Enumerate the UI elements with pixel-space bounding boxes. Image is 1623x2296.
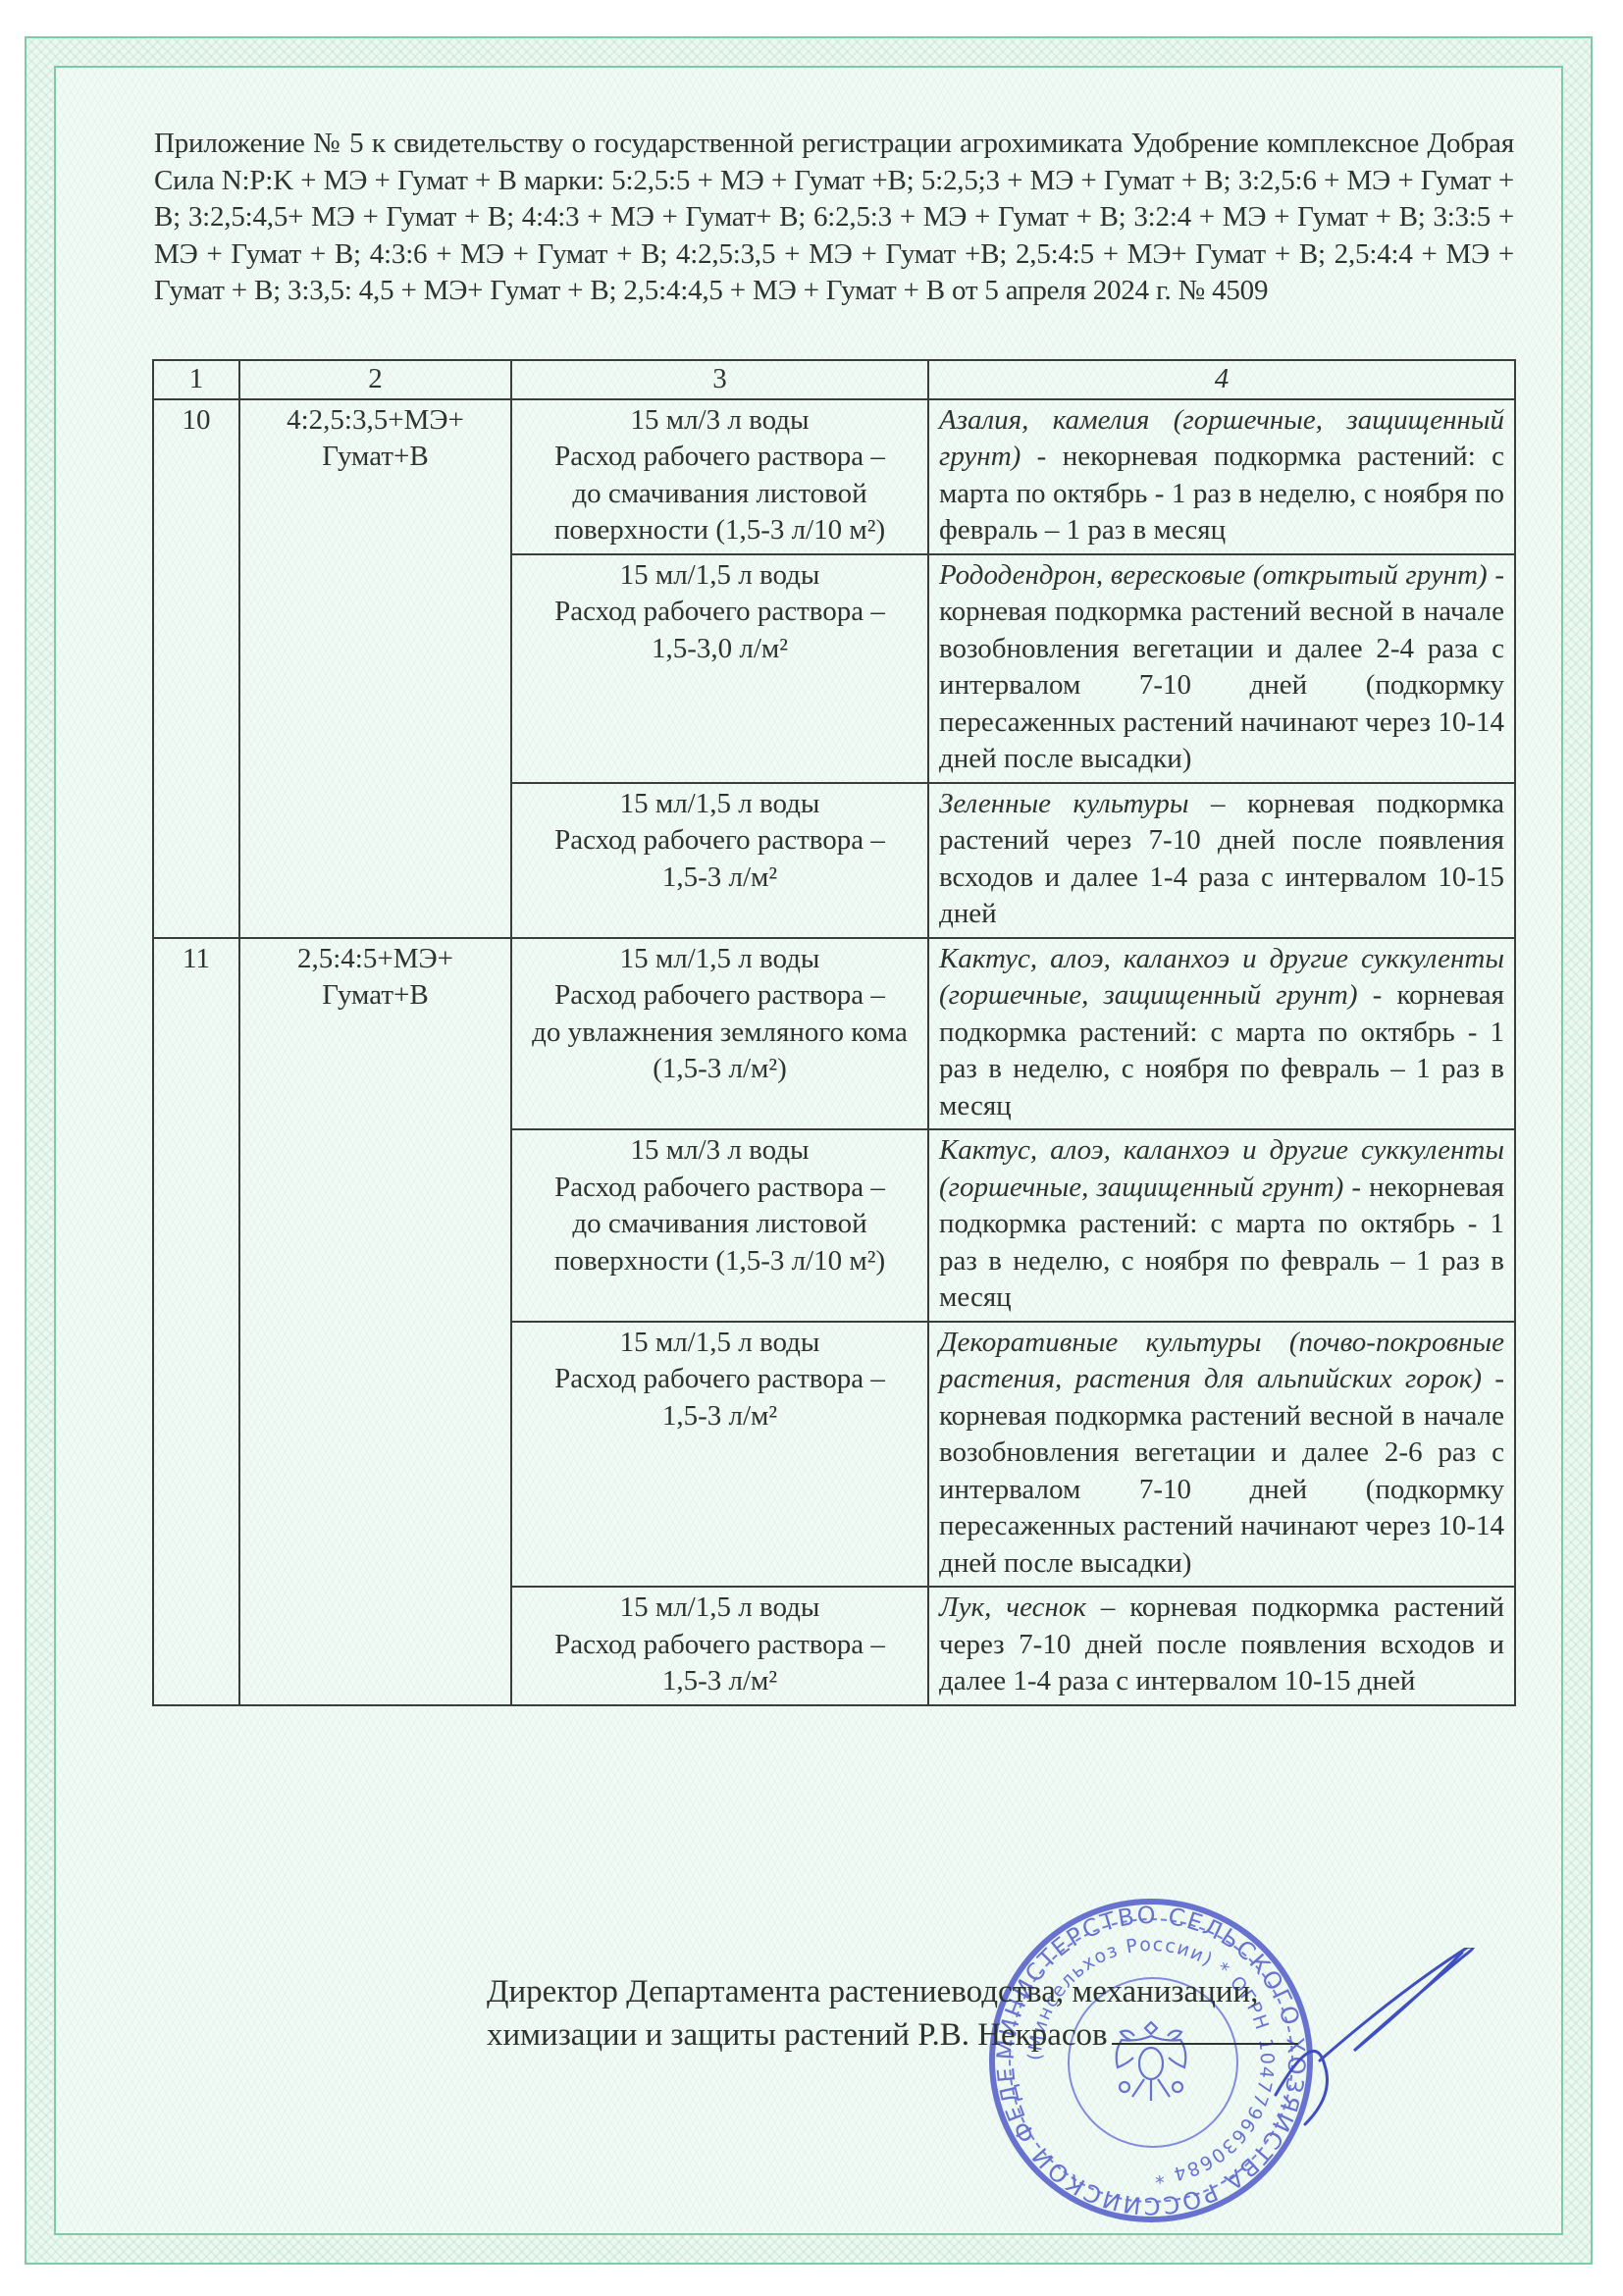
dosage: 15 мл/1,5 л воды (522, 941, 917, 978)
application-method: - корневая подкормка растений весной в н… (939, 559, 1504, 775)
solution-rate-label: Расход рабочего раствора – (522, 1627, 917, 1664)
dosage-cell: 15 мл/3 л водыРасход рабочего раствора –… (511, 399, 928, 554)
column-header-2: 2 (239, 360, 511, 399)
solution-rate: до смачивания листовой поверхности (1,5-… (522, 1206, 917, 1279)
solution-rate: 1,5-3 л/м² (522, 860, 917, 897)
signatory-name: химизации и защиты растений Р.В. Некрасо… (487, 2017, 1108, 2053)
solution-rate: до смачивания листовой поверхности (1,5-… (522, 476, 917, 549)
application-cell: Кактус, алоэ, каланхоэ и другие суккулен… (928, 1129, 1515, 1322)
dosage-cell: 15 мл/3 л водыРасход рабочего раствора –… (511, 1129, 928, 1322)
fertilizer-mark: 4:2,5:3,5+МЭ+ Гумат+В (239, 399, 511, 938)
solution-rate: 1,5-3 л/м² (522, 1398, 917, 1435)
application-cell: Рододендрон, вересковые (открытый грунт)… (928, 554, 1515, 783)
table-body: 104:2,5:3,5+МЭ+ Гумат+В15 мл/3 л водыРас… (153, 399, 1515, 1705)
application-method: - корневая подкормка растений весной в н… (939, 1363, 1504, 1579)
official-stamp: МИНИСТЕРСТВО СЕЛЬСКОГО ХОЗЯЙСТВА РОССИЙС… (989, 1899, 1313, 2222)
dosage: 15 мл/1,5 л воды (522, 1325, 917, 1362)
column-header-3: 3 (511, 360, 928, 399)
column-header-4: 4 (928, 360, 1515, 399)
crop-name: Лук, чеснок (939, 1592, 1086, 1623)
column-header-1: 1 (153, 360, 239, 399)
application-cell: Декоративные культуры (почво-покровные р… (928, 1322, 1515, 1588)
application-cell: Азалия, камелия (горшечные, защищенный г… (928, 399, 1515, 554)
crop-name: Зеленные культуры (939, 788, 1189, 819)
document-heading: Приложение № 5 к свидетельству о государ… (154, 126, 1514, 310)
application-cell: Зеленные культуры – корневая подкормка р… (928, 783, 1515, 938)
crop-name: Рододендрон, вересковые (открытый грунт) (939, 559, 1488, 591)
dosage: 15 мл/1,5 л воды (522, 1590, 917, 1627)
dosage: 15 мл/3 л воды (522, 1132, 917, 1170)
solution-rate-label: Расход рабочего раствора – (522, 1361, 917, 1398)
dosage-cell: 15 мл/1,5 л водыРасход рабочего раствора… (511, 1587, 928, 1705)
solution-rate: 1,5-3 л/м² (522, 1663, 917, 1700)
solution-rate-label: Расход рабочего раствора – (522, 822, 917, 860)
table-row: 104:2,5:3,5+МЭ+ Гумат+В15 мл/3 л водыРас… (153, 399, 1515, 554)
dosage-cell: 15 мл/1,5 л водыРасход рабочего раствора… (511, 938, 928, 1130)
row-number: 10 (153, 399, 239, 938)
solution-rate-label: Расход рабочего раствора – (522, 1170, 917, 1207)
solution-rate-label: Расход рабочего раствора – (522, 439, 917, 476)
solution-rate-label: Расход рабочего раствора – (522, 977, 917, 1015)
solution-rate: до увлажнения земляного кома (1,5-3 л/м²… (522, 1015, 917, 1088)
dosage-cell: 15 мл/1,5 л водыРасход рабочего раствора… (511, 1322, 928, 1588)
dosage-cell: 15 мл/1,5 л водыРасход рабочего раствора… (511, 783, 928, 938)
table-row: 112,5:4:5+МЭ+ Гумат+В15 мл/1,5 л водыРас… (153, 938, 1515, 1130)
crop-name: Декоративные культуры (почво-покровные р… (939, 1327, 1504, 1395)
application-cell: Кактус, алоэ, каланхоэ и другие суккулен… (928, 938, 1515, 1130)
application-table: 1 2 3 4 104:2,5:3,5+МЭ+ Гумат+В15 мл/3 л… (152, 359, 1516, 1706)
application-method: - некорневая подкормка растений: с марта… (939, 441, 1504, 546)
solution-rate-label: Расход рабочего раствора – (522, 594, 917, 631)
dosage: 15 мл/3 л воды (522, 402, 917, 440)
solution-rate: 1,5-3,0 л/м² (522, 631, 917, 668)
dosage: 15 мл/1,5 л воды (522, 786, 917, 823)
application-cell: Лук, чеснок – корневая подкормка растени… (928, 1587, 1515, 1705)
dosage-cell: 15 мл/1,5 л водыРасход рабочего раствора… (511, 554, 928, 783)
dosage: 15 мл/1,5 л воды (522, 557, 917, 595)
table-header-row: 1 2 3 4 (153, 360, 1515, 399)
fertilizer-mark: 2,5:4:5+МЭ+ Гумат+В (239, 938, 511, 1705)
signature-icon (1266, 1948, 1521, 2144)
row-number: 11 (153, 938, 239, 1705)
